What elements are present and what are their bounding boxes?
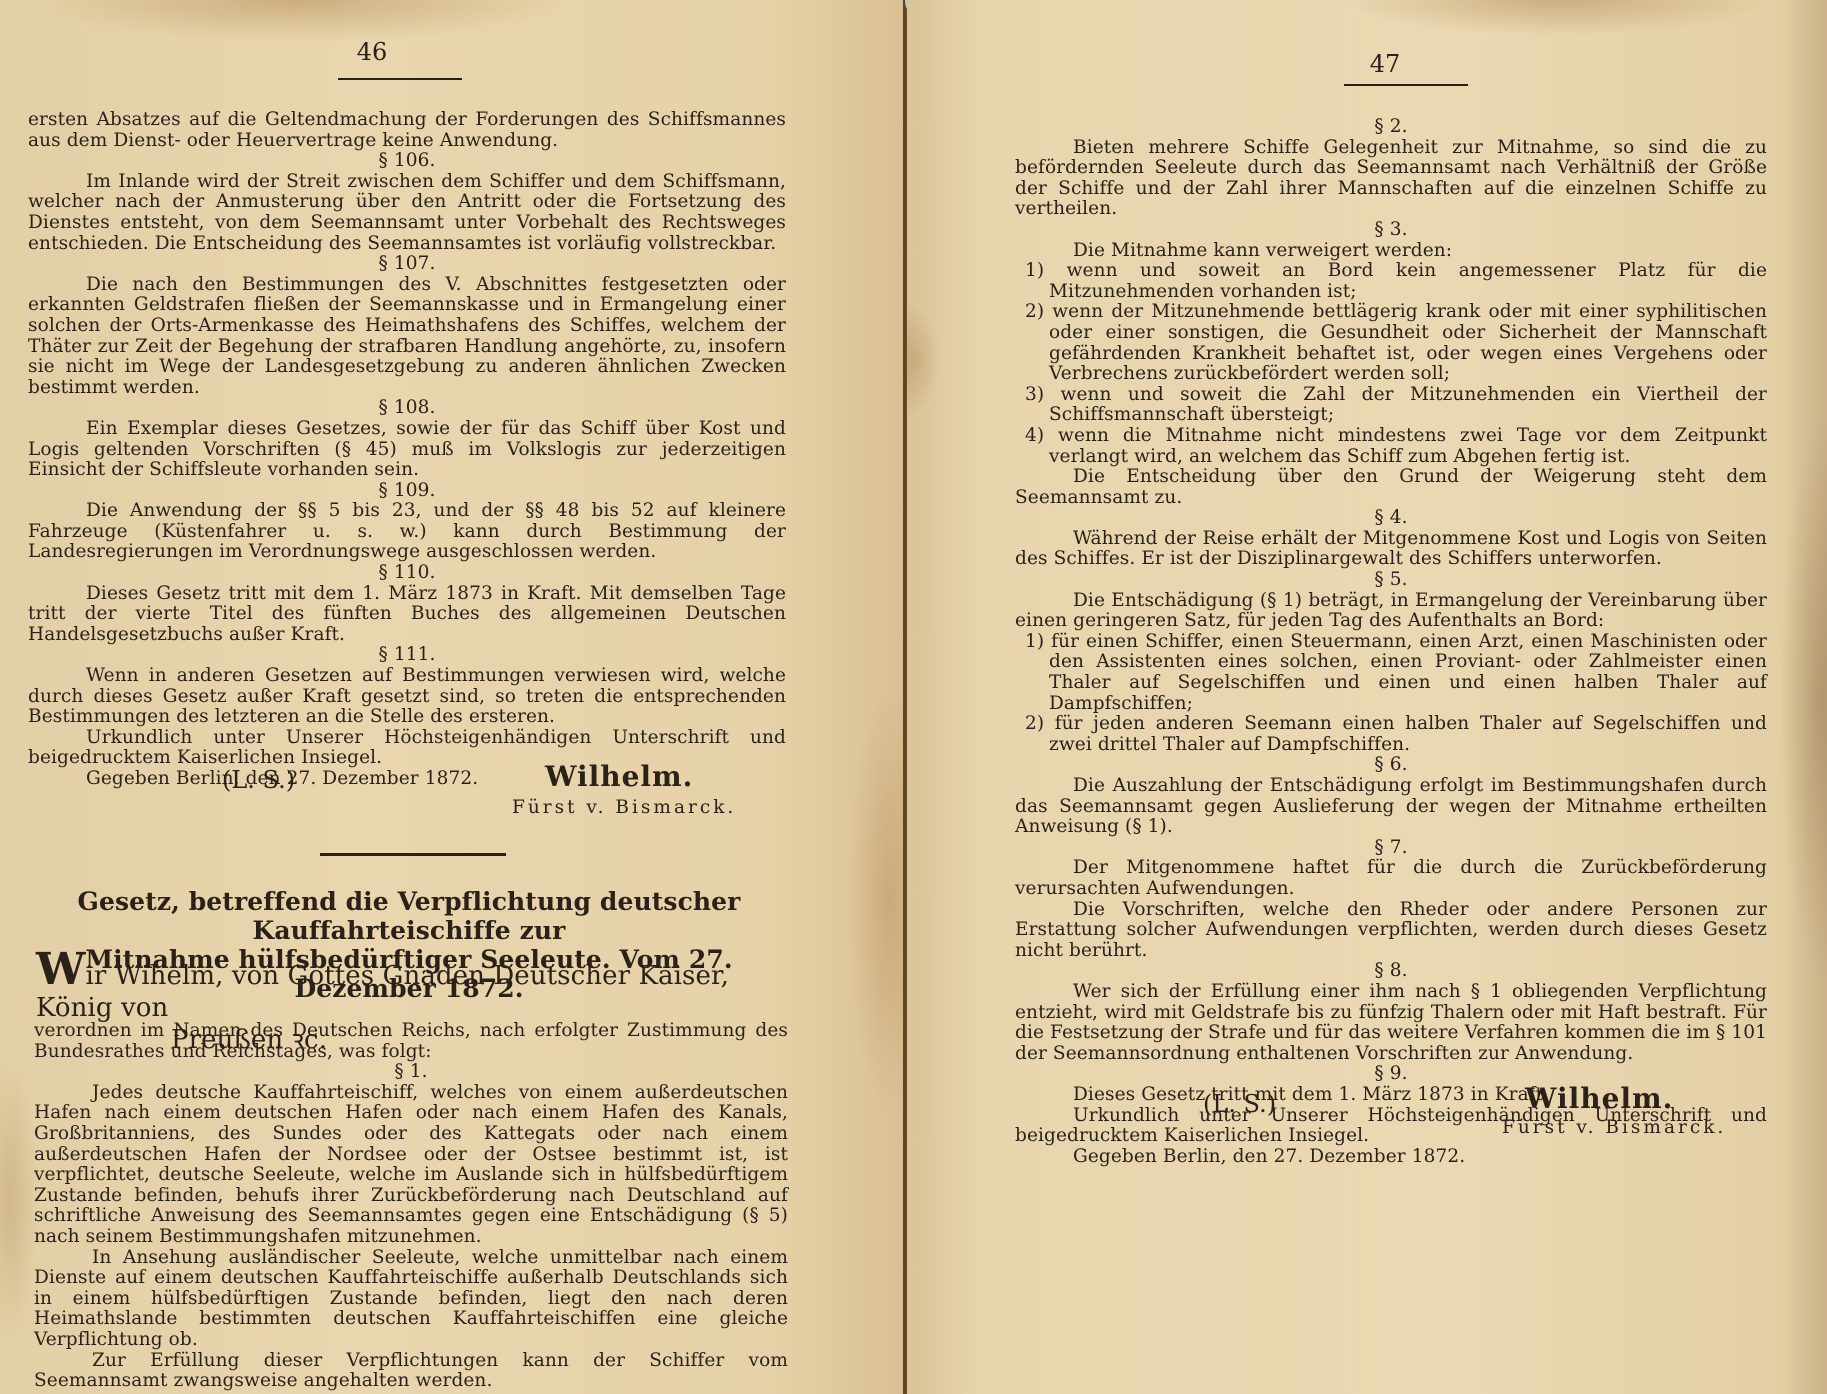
list-item: 3) wenn und soweit die Zahl der Mitzuneh… <box>1015 385 1767 426</box>
list-item: 1) für einen Schiffer, einen Steuermann,… <box>1015 632 1767 714</box>
paragraph: Dieses Gesetz tritt mit dem 1. März 1873… <box>28 584 786 646</box>
list-item: 2) für jeden anderen Seemann einen halbe… <box>1015 714 1767 755</box>
paragraph: Die Anwendung der §§ 5 bis 23, und der §… <box>28 501 786 563</box>
signature-wilhelm: Wilhelm. <box>545 760 693 793</box>
page-46: 46 ersten Absatzes auf die Geltendmachun… <box>0 0 903 1394</box>
paragraph: Ein Exemplar dieses Gesetzes, sowie der … <box>28 419 786 481</box>
section-heading: § 2. <box>1015 117 1767 138</box>
section-heading: § 8. <box>1015 961 1767 982</box>
countersign-bismarck: Fürst v. Bismarck. <box>1502 1118 1726 1139</box>
section-heading: § 4. <box>1015 508 1767 529</box>
paragraph: verordnen im Namen des Deutschen Reichs,… <box>34 1021 788 1062</box>
paragraph: In Ansehung ausländischer Seeleute, welc… <box>34 1248 788 1351</box>
section-heading: § 106. <box>28 151 786 172</box>
paragraph: Bieten mehrere Schiffe Gelegenheit zur M… <box>1015 138 1767 220</box>
page-47: 47 § 2.Bieten mehrere Schiffe Gelegenhei… <box>907 0 1827 1394</box>
header-rule <box>338 78 462 80</box>
text-block: § 2.Bieten mehrere Schiffe Gelegenheit z… <box>1015 117 1767 1167</box>
section-heading: § 3. <box>1015 220 1767 241</box>
paragraph: Die Mitnahme kann verweigert werden: <box>1015 241 1767 262</box>
section-heading: § 107. <box>28 254 786 275</box>
section-divider <box>320 853 506 856</box>
section-heading: § 110. <box>28 563 786 584</box>
list-item: 2) wenn der Mitzunehmende bettlägerig kr… <box>1015 302 1767 384</box>
paragraph: Gegeben Berlin, den 27. Dezember 1872. <box>1015 1147 1767 1168</box>
paragraph: Im Inlande wird der Streit zwischen dem … <box>28 172 786 254</box>
paragraph: Zur Erfüllung dieser Verpflichtungen kan… <box>34 1351 788 1392</box>
section-heading: § 5. <box>1015 570 1767 591</box>
seal-mark: (L. S.) <box>1203 1090 1276 1118</box>
list-item: 1) wenn und soweit an Bord kein angemess… <box>1015 261 1767 302</box>
section-heading: § 1. <box>34 1062 788 1083</box>
section-heading: § 109. <box>28 481 786 502</box>
drop-cap: W <box>36 944 86 995</box>
text-block-top: ersten Absatzes auf die Geltendmachung d… <box>28 110 786 790</box>
section-heading: § 7. <box>1015 838 1767 859</box>
paragraph: Wer sich der Erfüllung einer ihm nach § … <box>1015 982 1767 1064</box>
paragraph: ersten Absatzes auf die Geltendmachung d… <box>28 110 786 151</box>
section-heading: § 108. <box>28 398 786 419</box>
text-block-bottom: verordnen im Namen des Deutschen Reichs,… <box>34 1021 788 1392</box>
paragraph: Wenn in anderen Gesetzen auf Bestimmunge… <box>28 666 786 728</box>
signature-block: (L. S.) Wilhelm. Fürst v. Bismarck. <box>907 1082 1827 1132</box>
paragraph: Die Entschädigung (§ 1) beträgt, in Erma… <box>1015 591 1767 632</box>
list-item: 4) wenn die Mitnahme nicht mindestens zw… <box>1015 426 1767 467</box>
paragraph: Die nach den Bestimmungen des V. Abschni… <box>28 275 786 399</box>
paragraph: Die Auszahlung der Entschädigung erfolgt… <box>1015 776 1767 838</box>
paragraph: Während der Reise erhält der Mitgenommen… <box>1015 529 1767 570</box>
countersign-bismarck: Fürst v. Bismarck. <box>512 798 736 819</box>
section-heading: § 6. <box>1015 755 1767 776</box>
header-rule <box>1344 84 1468 86</box>
paragraph: Der Mitgenommene haftet für die durch di… <box>1015 858 1767 899</box>
paragraph: Jedes deutsche Kauffahrteischiff, welche… <box>34 1083 788 1248</box>
paragraph: Die Vorschriften, welche den Rheder oder… <box>1015 900 1767 962</box>
page-number: 47 <box>1325 50 1445 78</box>
page-number: 46 <box>312 38 432 66</box>
signature-wilhelm: Wilhelm. <box>1525 1082 1673 1115</box>
section-heading: § 111. <box>28 645 786 666</box>
seal-mark: (L. S.) <box>222 766 295 794</box>
signature-block: (L. S.) Wilhelm. Fürst v. Bismarck. <box>0 760 903 810</box>
paragraph: Die Entscheidung über den Grund der Weig… <box>1015 467 1767 508</box>
